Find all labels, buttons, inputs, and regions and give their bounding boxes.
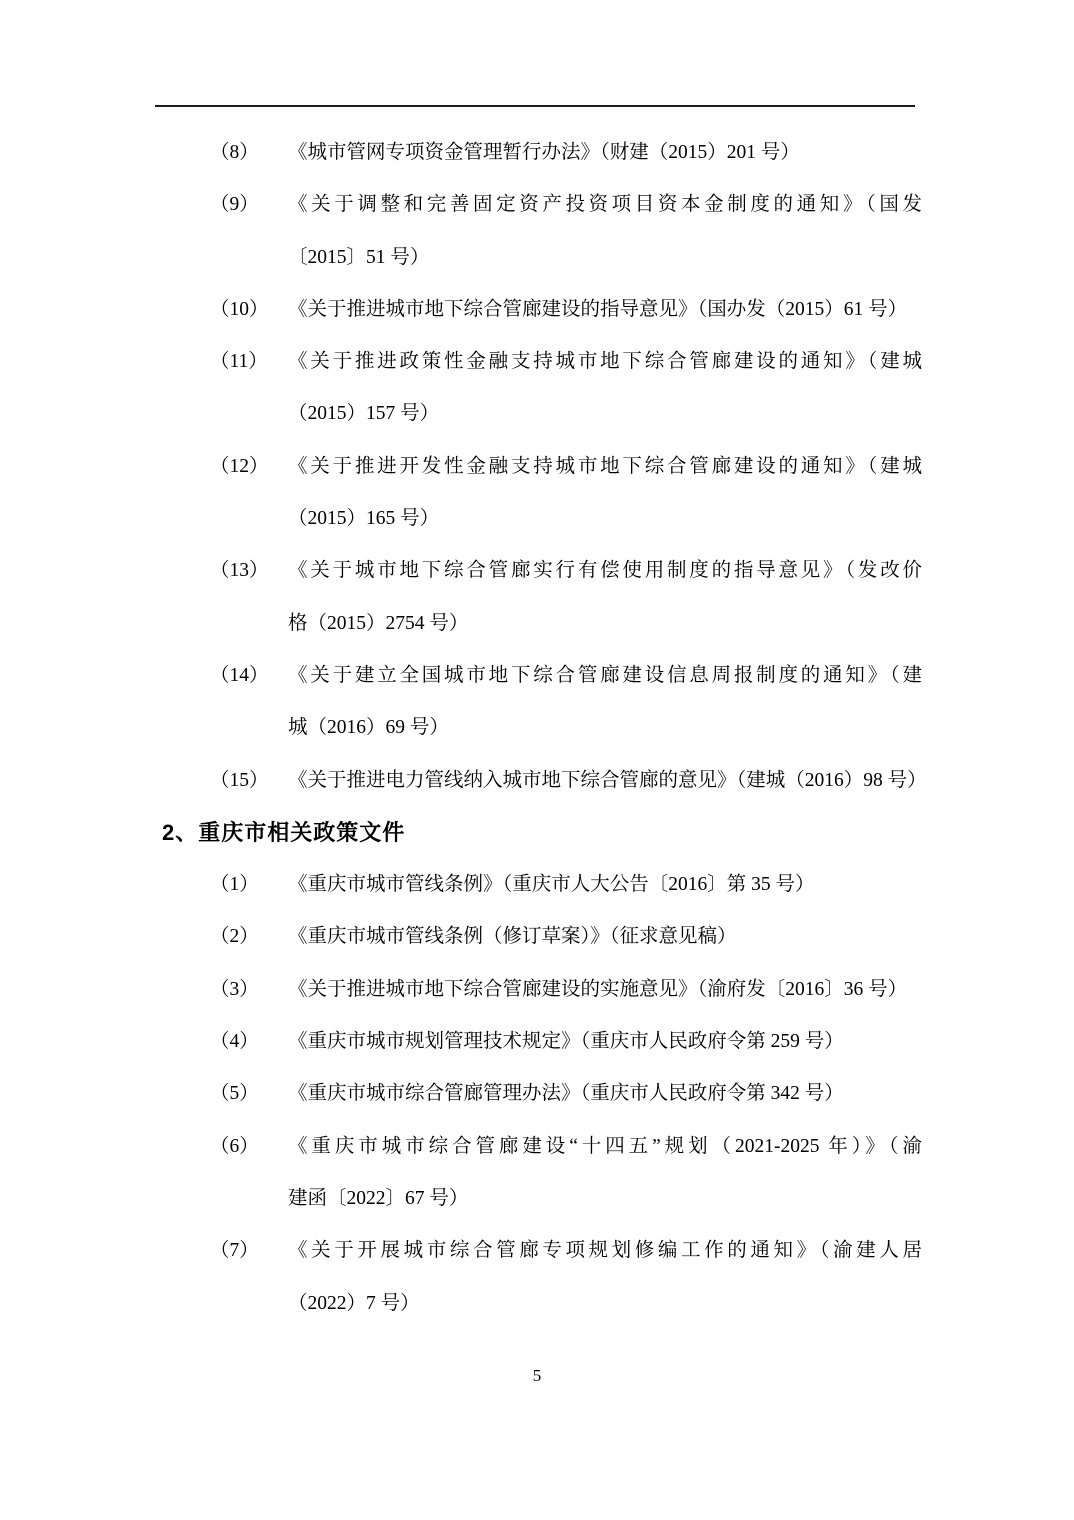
list-item: （6） 《重庆市城市综合管廊建设“十四五”规划（2021-2025 年）》（渝 … xyxy=(0,1121,1074,1226)
section-heading: 2、重庆市相关政策文件 xyxy=(162,807,1074,859)
list-item-line: 《重庆市城市管线条例（修订草案）》（征求意见稿） xyxy=(288,911,922,963)
list-item-line: 《城市管网专项资金管理暂行办法》（财建（2015）201 号） xyxy=(288,127,922,179)
list-item: （1） 《重庆市城市管线条例》（重庆市人大公告〔2016〕第 35 号） xyxy=(0,859,1074,911)
list-item-number: （2） xyxy=(210,911,259,963)
list-item-line: （2022）7 号） xyxy=(288,1278,922,1330)
list-item: （5） 《重庆市城市综合管廊管理办法》（重庆市人民政府令第 342 号） xyxy=(0,1068,1074,1120)
list-item-line: 《关于推进城市地下综合管廊建设的实施意见》（渝府发〔2016〕36 号） xyxy=(288,964,922,1016)
list-item-number: （4） xyxy=(210,1016,259,1068)
list-item-number: （6） xyxy=(210,1121,259,1173)
list-item-line: 城（2016）69 号） xyxy=(288,702,922,754)
list-item: （12） 《关于推进开发性金融支持城市地下综合管廊建设的通知》（建城 （2015… xyxy=(0,441,1074,546)
list-item-line: 《关于开展城市综合管廊专项规划修编工作的通知》（渝建人居 xyxy=(288,1225,922,1277)
list-item-number: （12） xyxy=(210,441,269,493)
list-item-number: （11） xyxy=(210,336,268,388)
list-item: （10） 《关于推进城市地下综合管廊建设的指导意见》（国办发（2015）61 号… xyxy=(0,284,1074,336)
list-item: （13） 《关于城市地下综合管廊实行有偿使用制度的指导意见》（发改价 格（201… xyxy=(0,545,1074,650)
list-item-line: 格（2015）2754 号） xyxy=(288,598,922,650)
list-item: （11） 《关于推进政策性金融支持城市地下综合管廊建设的通知》（建城 （2015… xyxy=(0,336,1074,441)
list-item-number: （8） xyxy=(210,127,259,179)
list-item-number: （15） xyxy=(210,755,269,807)
list-item-line: 《关于推进城市地下综合管廊建设的指导意见》（国办发（2015）61 号） xyxy=(288,284,922,336)
list-item-line: 《关于推进开发性金融支持城市地下综合管廊建设的通知》（建城 xyxy=(288,441,922,493)
list-item-number: （13） xyxy=(210,545,269,597)
list-item: （14） 《关于建立全国城市地下综合管廊建设信息周报制度的通知》（建 城（201… xyxy=(0,650,1074,755)
list-item-line: 《重庆市城市综合管廊管理办法》（重庆市人民政府令第 342 号） xyxy=(288,1068,922,1120)
list-item-line: 建函〔2022〕67 号） xyxy=(288,1173,922,1225)
list-item-line: 《关于城市地下综合管廊实行有偿使用制度的指导意见》（发改价 xyxy=(288,545,922,597)
list-item-line: （2015）165 号） xyxy=(288,493,922,545)
page-content: （8） 《城市管网专项资金管理暂行办法》（财建（2015）201 号） （9） … xyxy=(0,127,1074,1330)
list-item-number: （1） xyxy=(210,859,259,911)
list-item-number: （3） xyxy=(210,964,259,1016)
list-item: （9） 《关于调整和完善固定资产投资项目资本金制度的通知》（国发 〔2015〕5… xyxy=(0,179,1074,284)
policy-list-chongqing: 2、重庆市相关政策文件 （1） 《重庆市城市管线条例》（重庆市人大公告〔2016… xyxy=(0,807,1074,1330)
policy-list-national: （8） 《城市管网专项资金管理暂行办法》（财建（2015）201 号） （9） … xyxy=(0,127,1074,807)
list-item: （15） 《关于推进电力管线纳入城市地下综合管廊的意见》（建城（2016）98 … xyxy=(0,755,1074,807)
header-divider xyxy=(155,105,915,107)
list-item-line: 《重庆市城市综合管廊建设“十四五”规划（2021-2025 年）》（渝 xyxy=(288,1121,922,1173)
list-item: （7） 《关于开展城市综合管廊专项规划修编工作的通知》（渝建人居 （2022）7… xyxy=(0,1225,1074,1330)
list-item-line: 《重庆市城市管线条例》（重庆市人大公告〔2016〕第 35 号） xyxy=(288,859,922,911)
list-item-number: （10） xyxy=(210,284,269,336)
list-item: （8） 《城市管网专项资金管理暂行办法》（财建（2015）201 号） xyxy=(0,127,1074,179)
list-item-line: 《关于推进电力管线纳入城市地下综合管廊的意见》（建城（2016）98 号） xyxy=(288,755,922,807)
list-item: （3） 《关于推进城市地下综合管廊建设的实施意见》（渝府发〔2016〕36 号） xyxy=(0,964,1074,1016)
list-item-number: （5） xyxy=(210,1068,259,1120)
list-item-line: 《关于调整和完善固定资产投资项目资本金制度的通知》（国发 xyxy=(288,179,922,231)
list-item: （4） 《重庆市城市规划管理技术规定》（重庆市人民政府令第 259 号） xyxy=(0,1016,1074,1068)
list-item-line: （2015）157 号） xyxy=(288,388,922,440)
list-item-line: 《关于推进政策性金融支持城市地下综合管廊建设的通知》（建城 xyxy=(288,336,922,388)
list-item: （2） 《重庆市城市管线条例（修订草案）》（征求意见稿） xyxy=(0,911,1074,963)
list-item-line: 《关于建立全国城市地下综合管廊建设信息周报制度的通知》（建 xyxy=(288,650,922,702)
list-item-number: （7） xyxy=(210,1225,259,1277)
document-page: （8） 《城市管网专项资金管理暂行办法》（财建（2015）201 号） （9） … xyxy=(0,0,1074,1520)
list-item-number: （14） xyxy=(210,650,269,702)
page-number: 5 xyxy=(0,1366,1074,1386)
list-item-line: 〔2015〕51 号） xyxy=(288,232,922,284)
list-item-number: （9） xyxy=(210,179,259,231)
list-item-line: 《重庆市城市规划管理技术规定》（重庆市人民政府令第 259 号） xyxy=(288,1016,922,1068)
